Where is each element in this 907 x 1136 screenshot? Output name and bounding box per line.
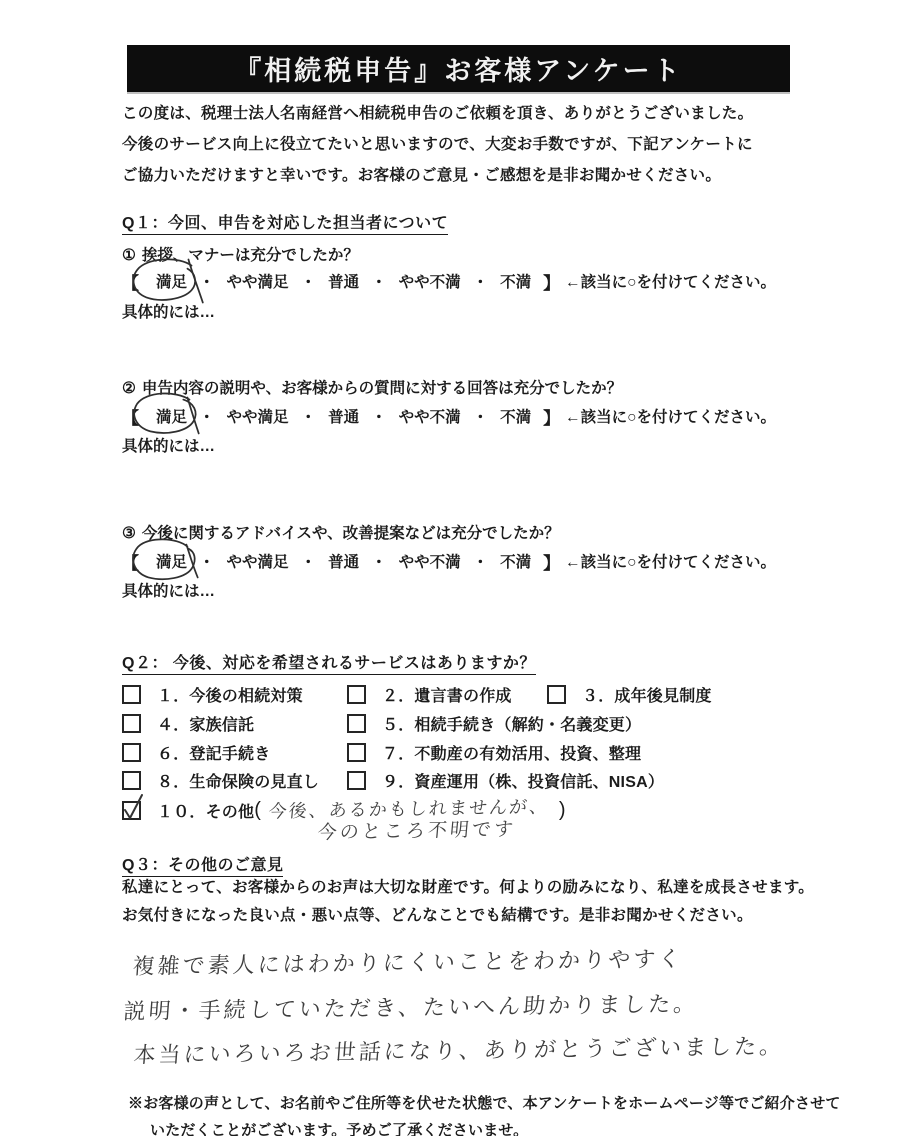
handwritten-answer-line2: 今のところ不明です (317, 814, 518, 844)
q1-item-3-rating-scale: 【 満足 ・ やや満足 ・ 普通 ・ やや不満 ・ 不満 】 ←該当に○を付けて… (122, 549, 776, 573)
option-separator: ・ (199, 405, 215, 427)
option-label: ９．資産運用（株、投資信託、NISA） (382, 769, 664, 792)
rating-option: やや不満 (399, 270, 461, 292)
q3-line: お気付きになった良い点・悪い点等、どんなことでも結構です。是非お聞かせください。 (122, 902, 814, 930)
handwritten-comment-line: 説明・手続していただき、たいへん助かりました。 (123, 987, 700, 1026)
q1-heading: Q１：今回、申告を対応した担当者について (122, 210, 448, 233)
q3-paragraph: 私達にとって、お客様からのお声は大切な財産です。何よりの励みになり、私達を成長さ… (122, 874, 814, 930)
option-label: ２．遺言書の作成 (382, 683, 512, 706)
rating-option-selected: 満足 (156, 550, 187, 572)
checkbox-unchecked (547, 685, 566, 704)
detail-prompt: 具体的には… (122, 300, 215, 322)
rating-option: 不満 (500, 270, 531, 292)
bracket-open: 【 (122, 269, 139, 294)
footer-note-line: いただくことがございます。予めご了承くださいませ。 (150, 1119, 528, 1136)
option-separator: ・ (301, 270, 317, 292)
item-number: ① (122, 247, 136, 264)
q2-heading: Q２： 今後、対応を希望されるサービスはありますか？ (122, 650, 536, 673)
option-label: ６．登記手続き (157, 741, 270, 764)
item-number: ② (122, 380, 136, 397)
q3-heading: Q３：その他のご意見 (122, 852, 283, 875)
q2-option-1: １．今後の相続対策 (122, 683, 303, 706)
rating-option: やや不満 (399, 405, 461, 427)
option-separator: ・ (473, 405, 489, 427)
q2-option-7: ７．不動産の有効活用、投資、整理 (347, 741, 641, 764)
option-separator: ・ (199, 270, 215, 292)
checkbox-unchecked (347, 685, 366, 704)
q1-item-2-question: ②申告内容の説明や、お客様からの質問に対する回答は充分でしたか？ (122, 376, 622, 398)
scale-instruction: ←該当に○を付けてください。 (565, 550, 776, 572)
checkbox-checked (122, 801, 141, 820)
title-bar: 『相続税申告』お客様アンケート (127, 45, 790, 92)
intro-line: ご協力いただけますと幸いです。お客様のご意見・ご感想を是非お聞かせください。 (122, 160, 822, 191)
q2-option-8: ８．生命保険の見直し (122, 769, 319, 792)
rating-option: やや満足 (227, 270, 289, 292)
q1-item-2-rating-scale: 【 満足 ・ やや満足 ・ 普通 ・ やや不満 ・ 不満 】 ←該当に○を付けて… (122, 404, 776, 428)
rating-option: 不満 (500, 550, 531, 572)
close-paren: ) (559, 799, 566, 822)
scanned-survey-page: 『相続税申告』お客様アンケート この度は、税理士法人名南経営へ相続税申告のご依頼… (0, 0, 907, 1136)
q1-item-1-question: ①挨拶、マナーは充分でしたか？ (122, 243, 359, 265)
option-label: ４．家族信託 (157, 712, 254, 735)
rating-option-selected: 満足 (156, 270, 187, 292)
q2-option-9: ９．資産運用（株、投資信託、NISA） (347, 769, 664, 792)
checkbox-unchecked (122, 743, 141, 762)
option-separator: ・ (371, 405, 387, 427)
option-separator: ・ (473, 550, 489, 572)
bracket-open: 【 (122, 404, 139, 429)
checkbox-unchecked (122, 685, 141, 704)
q2-option-5: ５．相続手続き（解約・名義変更） (347, 712, 641, 735)
q2-option-2: ２．遺言書の作成 (347, 683, 512, 706)
detail-prompt: 具体的には… (122, 579, 215, 601)
q2-row-1: １．今後の相続対策 ２．遺言書の作成 ３．成年後見制度 (122, 683, 842, 707)
q2-row-2: ４．家族信託 ５．相続手続き（解約・名義変更） (122, 712, 842, 736)
page-title: 『相続税申告』お客様アンケート (234, 49, 682, 88)
intro-line: 今後のサービス向上に役立てたいと思いますので、大変お手数ですが、下記アンケートに (122, 129, 822, 160)
option-label: ３．成年後見制度 (582, 683, 712, 706)
rating-option: やや満足 (227, 405, 289, 427)
q1-item-3-question: ③今後に関するアドバイスや、改善提案などは充分でしたか？ (122, 521, 560, 543)
rating-option: 普通 (328, 550, 359, 572)
checkbox-unchecked (122, 771, 141, 790)
checkbox-unchecked (347, 771, 366, 790)
option-label: ７．不動産の有効活用、投資、整理 (382, 741, 641, 764)
handwritten-comment-line: 本当にいろいろお世話になり、ありがとうございました。 (132, 1029, 785, 1069)
item-number: ③ (122, 525, 136, 542)
checkbox-unchecked (347, 714, 366, 733)
option-separator: ・ (473, 270, 489, 292)
option-label: １．今後の相続対策 (157, 683, 303, 706)
scale-instruction: ←該当に○を付けてください。 (565, 270, 776, 292)
option-label: ５．相続手続き（解約・名義変更） (382, 712, 641, 735)
checkbox-unchecked (347, 743, 366, 762)
q2-option-4: ４．家族信託 (122, 712, 254, 735)
detail-prompt: 具体的には… (122, 434, 215, 456)
bracket-close: 】 (543, 549, 560, 574)
handwritten-check-icon (122, 793, 146, 821)
rating-option: 普通 (328, 270, 359, 292)
bracket-close: 】 (543, 404, 560, 429)
option-separator: ・ (301, 405, 317, 427)
intro-line: この度は、税理士法人名南経営へ相続税申告のご依頼を頂き、ありがとうございました。 (122, 98, 822, 129)
q2-option-3: ３．成年後見制度 (547, 683, 712, 706)
option-separator: ・ (371, 550, 387, 572)
rating-option: やや満足 (227, 550, 289, 572)
open-paren: ( (254, 799, 261, 822)
scale-instruction: ←該当に○を付けてください。 (565, 405, 776, 427)
rating-option: やや不満 (399, 550, 461, 572)
q2-option-6: ６．登記手続き (122, 741, 270, 764)
q3-line: 私達にとって、お客様からのお声は大切な財産です。何よりの励みになり、私達を成長さ… (122, 874, 814, 902)
footer-note-line: ※お客様の声として、お名前やご住所等を伏せた状態で、本アンケートをホームページ等… (128, 1092, 841, 1113)
option-separator: ・ (371, 270, 387, 292)
q2-row-4: ８．生命保険の見直し ９．資産運用（株、投資信託、NISA） (122, 769, 842, 793)
rating-option: 不満 (500, 405, 531, 427)
q2-row-3: ６．登記手続き ７．不動産の有効活用、投資、整理 (122, 741, 842, 765)
handwritten-comment-line: 複雑で素人にはわかりにくいことをわかりやすく (132, 942, 685, 981)
option-label: ８．生命保険の見直し (157, 769, 319, 792)
option-label: １０．その他 (157, 799, 254, 822)
bracket-open: 【 (122, 549, 139, 574)
rating-option-selected: 満足 (156, 405, 187, 427)
checkbox-unchecked (122, 714, 141, 733)
option-separator: ・ (199, 550, 215, 572)
q1-item-1-rating-scale: 【 満足 ・ やや満足 ・ 普通 ・ やや不満 ・ 不満 】 ←該当に○を付けて… (122, 269, 776, 293)
bracket-close: 】 (543, 269, 560, 294)
rating-option: 普通 (328, 405, 359, 427)
intro-paragraph: この度は、税理士法人名南経営へ相続税申告のご依頼を頂き、ありがとうございました。… (122, 98, 822, 191)
option-separator: ・ (301, 550, 317, 572)
